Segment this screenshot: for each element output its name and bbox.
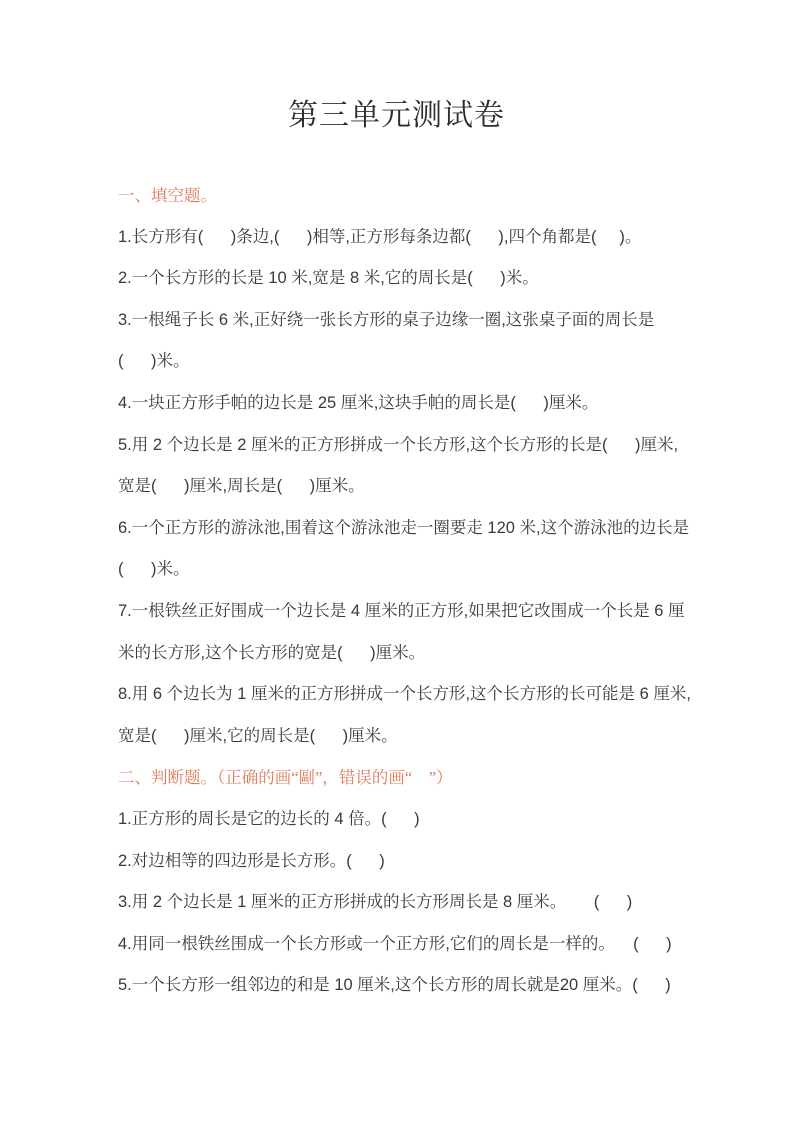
section-1-heading: 一、填空题。: [118, 175, 698, 217]
fill-blank-q6-line2: ( )米。: [118, 549, 698, 591]
fill-blank-q8-line1: 8.用 6 个边长为 1 厘米的正方形拼成一个长方形,这个长方形的长可能是 6 …: [118, 674, 698, 716]
worksheet-title: 第三单元测试卷: [0, 90, 793, 134]
fill-blank-q7-line1: 7.一根铁丝正好围成一个边长是 4 厘米的正方形,如果把它改围成一个长是 6 厘: [118, 591, 698, 633]
fill-blank-q5-line2: 宽是( )厘米,周长是( )厘米。: [118, 466, 698, 508]
fill-blank-q5-line1: 5.用 2 个边长是 2 厘米的正方形拼成一个长方形,这个长方形的长是( )厘米…: [118, 425, 698, 467]
judgment-q3: 3.用 2 个边长是 1 厘米的正方形拼成的长方形周长是 8 厘米。 ( ): [118, 882, 698, 924]
worksheet-body: 一、填空题。 1.长方形有( )条边,( )相等,正方形每条边都( ),四个角都…: [118, 175, 698, 1007]
judgment-q4: 4.用同一根铁丝围成一个长方形或一个正方形,它们的周长是一样的。 ( ): [118, 924, 698, 966]
fill-blank-q2-line1: 2.一个长方形的长是 10 米,宽是 8 米,它的周长是( )米。: [118, 258, 698, 300]
fill-blank-q4-line1: 4.一块正方形手帕的边长是 25 厘米,这块手帕的周长是( )厘米。: [118, 383, 698, 425]
section-2-heading: 二、判断题。（正确的画“剾”，错误的画“ ”）: [118, 757, 698, 799]
worksheet-page: 第三单元测试卷 一、填空题。 1.长方形有( )条边,( )相等,正方形每条边都…: [0, 0, 793, 1122]
fill-blank-q3-line2: ( )米。: [118, 341, 698, 383]
fill-blank-q1-line1: 1.长方形有( )条边,( )相等,正方形每条边都( ),四个角都是( )。: [118, 217, 698, 259]
judgment-q2: 2.对边相等的四边形是长方形。( ): [118, 841, 698, 883]
fill-blank-q3-line1: 3.一根绳子长 6 米,正好绕一张长方形的桌子边缘一圈,这张桌子面的周长是: [118, 300, 698, 342]
judgment-q5: 5.一个长方形一组邻边的和是 10 厘米,这个长方形的周长就是20 厘米。( ): [118, 965, 698, 1007]
fill-blank-q7-line2: 米的长方形,这个长方形的宽是( )厘米。: [118, 633, 698, 675]
fill-blank-q6-line1: 6.一个正方形的游泳池,围着这个游泳池走一圈要走 120 米,这个游泳池的边长是: [118, 508, 698, 550]
fill-blank-q8-line2: 宽是( )厘米,它的周长是( )厘米。: [118, 716, 698, 758]
judgment-q1: 1.正方形的周长是它的边长的 4 倍。( ): [118, 799, 698, 841]
